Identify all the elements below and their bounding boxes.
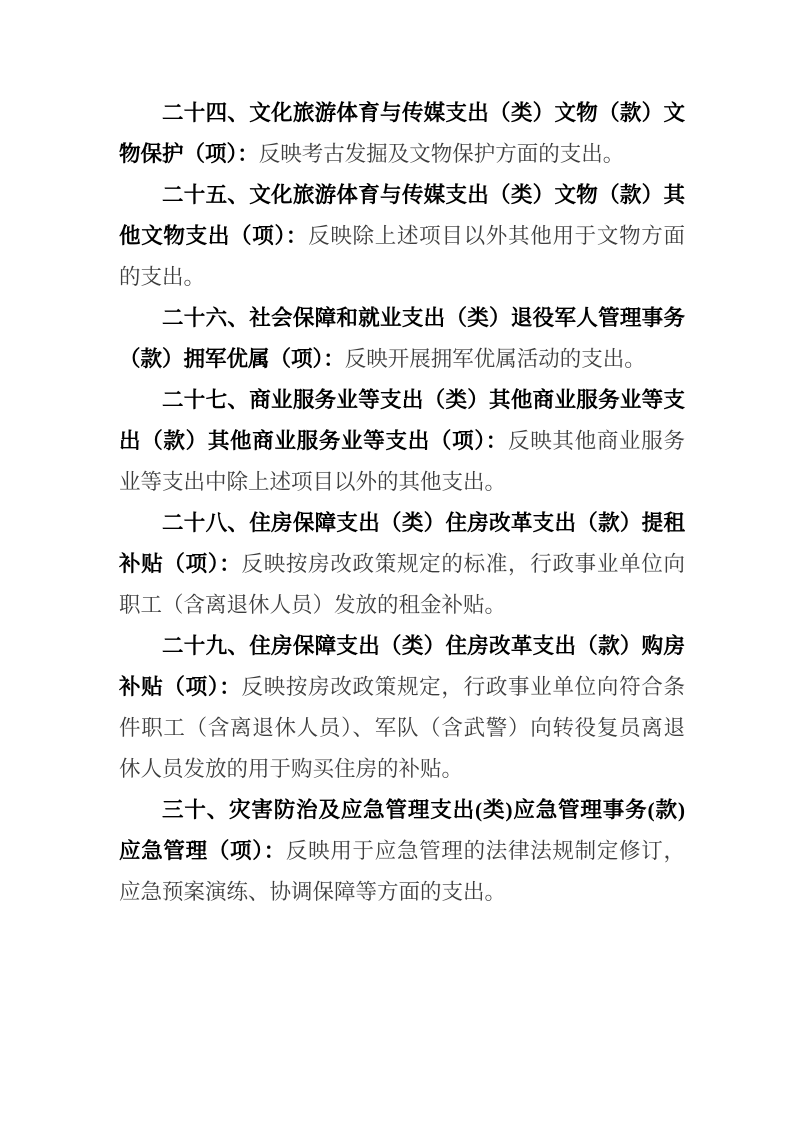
paragraph-28: 二十八、住房保障支出（类）住房改革支出（款）提租补贴（项）：反映按房改政策规定的… [119, 503, 685, 626]
paragraph-29: 二十九、住房保障支出（类）住房改革支出（款）购房补贴（项）：反映按房改政策规定，… [119, 626, 685, 790]
document-page: 二十四、文化旅游体育与传媒支出（类）文物（款）文物保护（项）：反映考古发掘及文物… [0, 0, 793, 1122]
paragraph-body: 反映开展拥军优属活动的支出。 [345, 347, 646, 371]
document-content: 二十四、文化旅游体育与传媒支出（类）文物（款）文物保护（项）：反映考古发掘及文物… [119, 93, 685, 913]
paragraph-26: 二十六、社会保障和就业支出（类）退役军人管理事务（款）拥军优属（项）：反映开展拥… [119, 298, 685, 380]
paragraph-27: 二十七、商业服务业等支出（类）其他商业服务业等支出（款）其他商业服务业等支出（项… [119, 380, 685, 503]
paragraph-body: 反映考古发掘及文物保护方面的支出。 [259, 142, 625, 166]
paragraph-30: 三十、灾害防治及应急管理支出(类)应急管理事务(款)应急管理（项）：反映用于应急… [119, 790, 685, 913]
paragraph-24: 二十四、文化旅游体育与传媒支出（类）文物（款）文物保护（项）：反映考古发掘及文物… [119, 93, 685, 175]
paragraph-25: 二十五、文化旅游体育与传媒支出（类）文物（款）其他文物支出（项）：反映除上述项目… [119, 175, 685, 298]
